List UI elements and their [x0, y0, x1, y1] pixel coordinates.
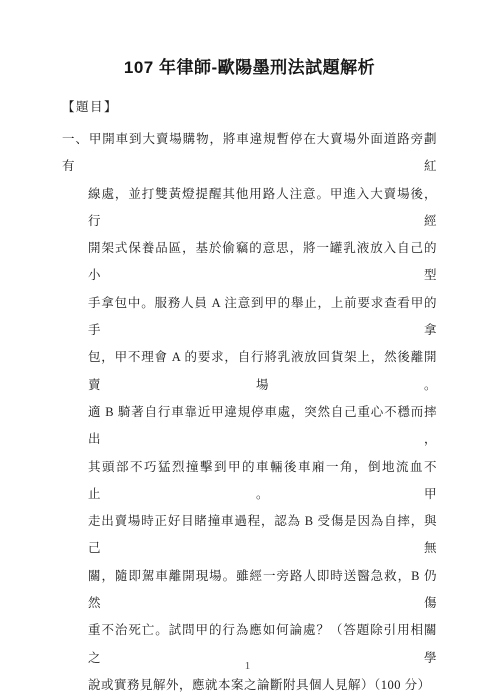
section-label-question: 【題目】: [62, 99, 437, 115]
question-line: 關，隨即駕車離開現場。雖經一旁路人即時送醫急救，B 仍然傷: [62, 563, 437, 618]
question-line: 包，甲不理會 A 的要求，自行將乳液放回貨架上，然後離開賣場。: [62, 344, 437, 399]
question-line: 走出賣場時正好目睹撞車過程，認為 B 受傷是因為自摔，與己無: [62, 508, 437, 563]
page-title: 107 年律師-歐陽墨刑法試題解析: [62, 56, 437, 80]
question-line: 適 B 騎著自行車靠近甲違規停車處，突然自己重心不穩而摔出，: [62, 399, 437, 454]
question-line: 開架式保養品區，基於偷竊的意思，將一罐乳液放入自己的小型: [62, 235, 437, 290]
question-line: 一、甲開車到大賣場購物，將車違規暫停在大賣場外面道路旁劃有紅: [62, 126, 437, 181]
question-line: 手拿包中。服務人員 A 注意到甲的舉止，上前要求查看甲的手拿: [62, 290, 437, 345]
question-line: 說或實務見解外，應就本案之論斷附具個人見解）（100 分）: [62, 672, 437, 699]
document-page: 107 年律師-歐陽墨刑法試題解析 【題目】 一、甲開車到大賣場購物，將車違規暫…: [0, 0, 495, 700]
question-paragraph: 一、甲開車到大賣場購物，將車違規暫停在大賣場外面道路旁劃有紅線處，並打雙黃燈提醒…: [62, 126, 437, 699]
question-line: 其頭部不巧猛烈撞擊到甲的車輛後車廂一角，倒地流血不止。甲: [62, 454, 437, 509]
page-number: 1: [0, 659, 495, 674]
question-line: 線處，並打雙黃燈提醒其他用路人注意。甲進入大賣場後，行經: [62, 181, 437, 236]
